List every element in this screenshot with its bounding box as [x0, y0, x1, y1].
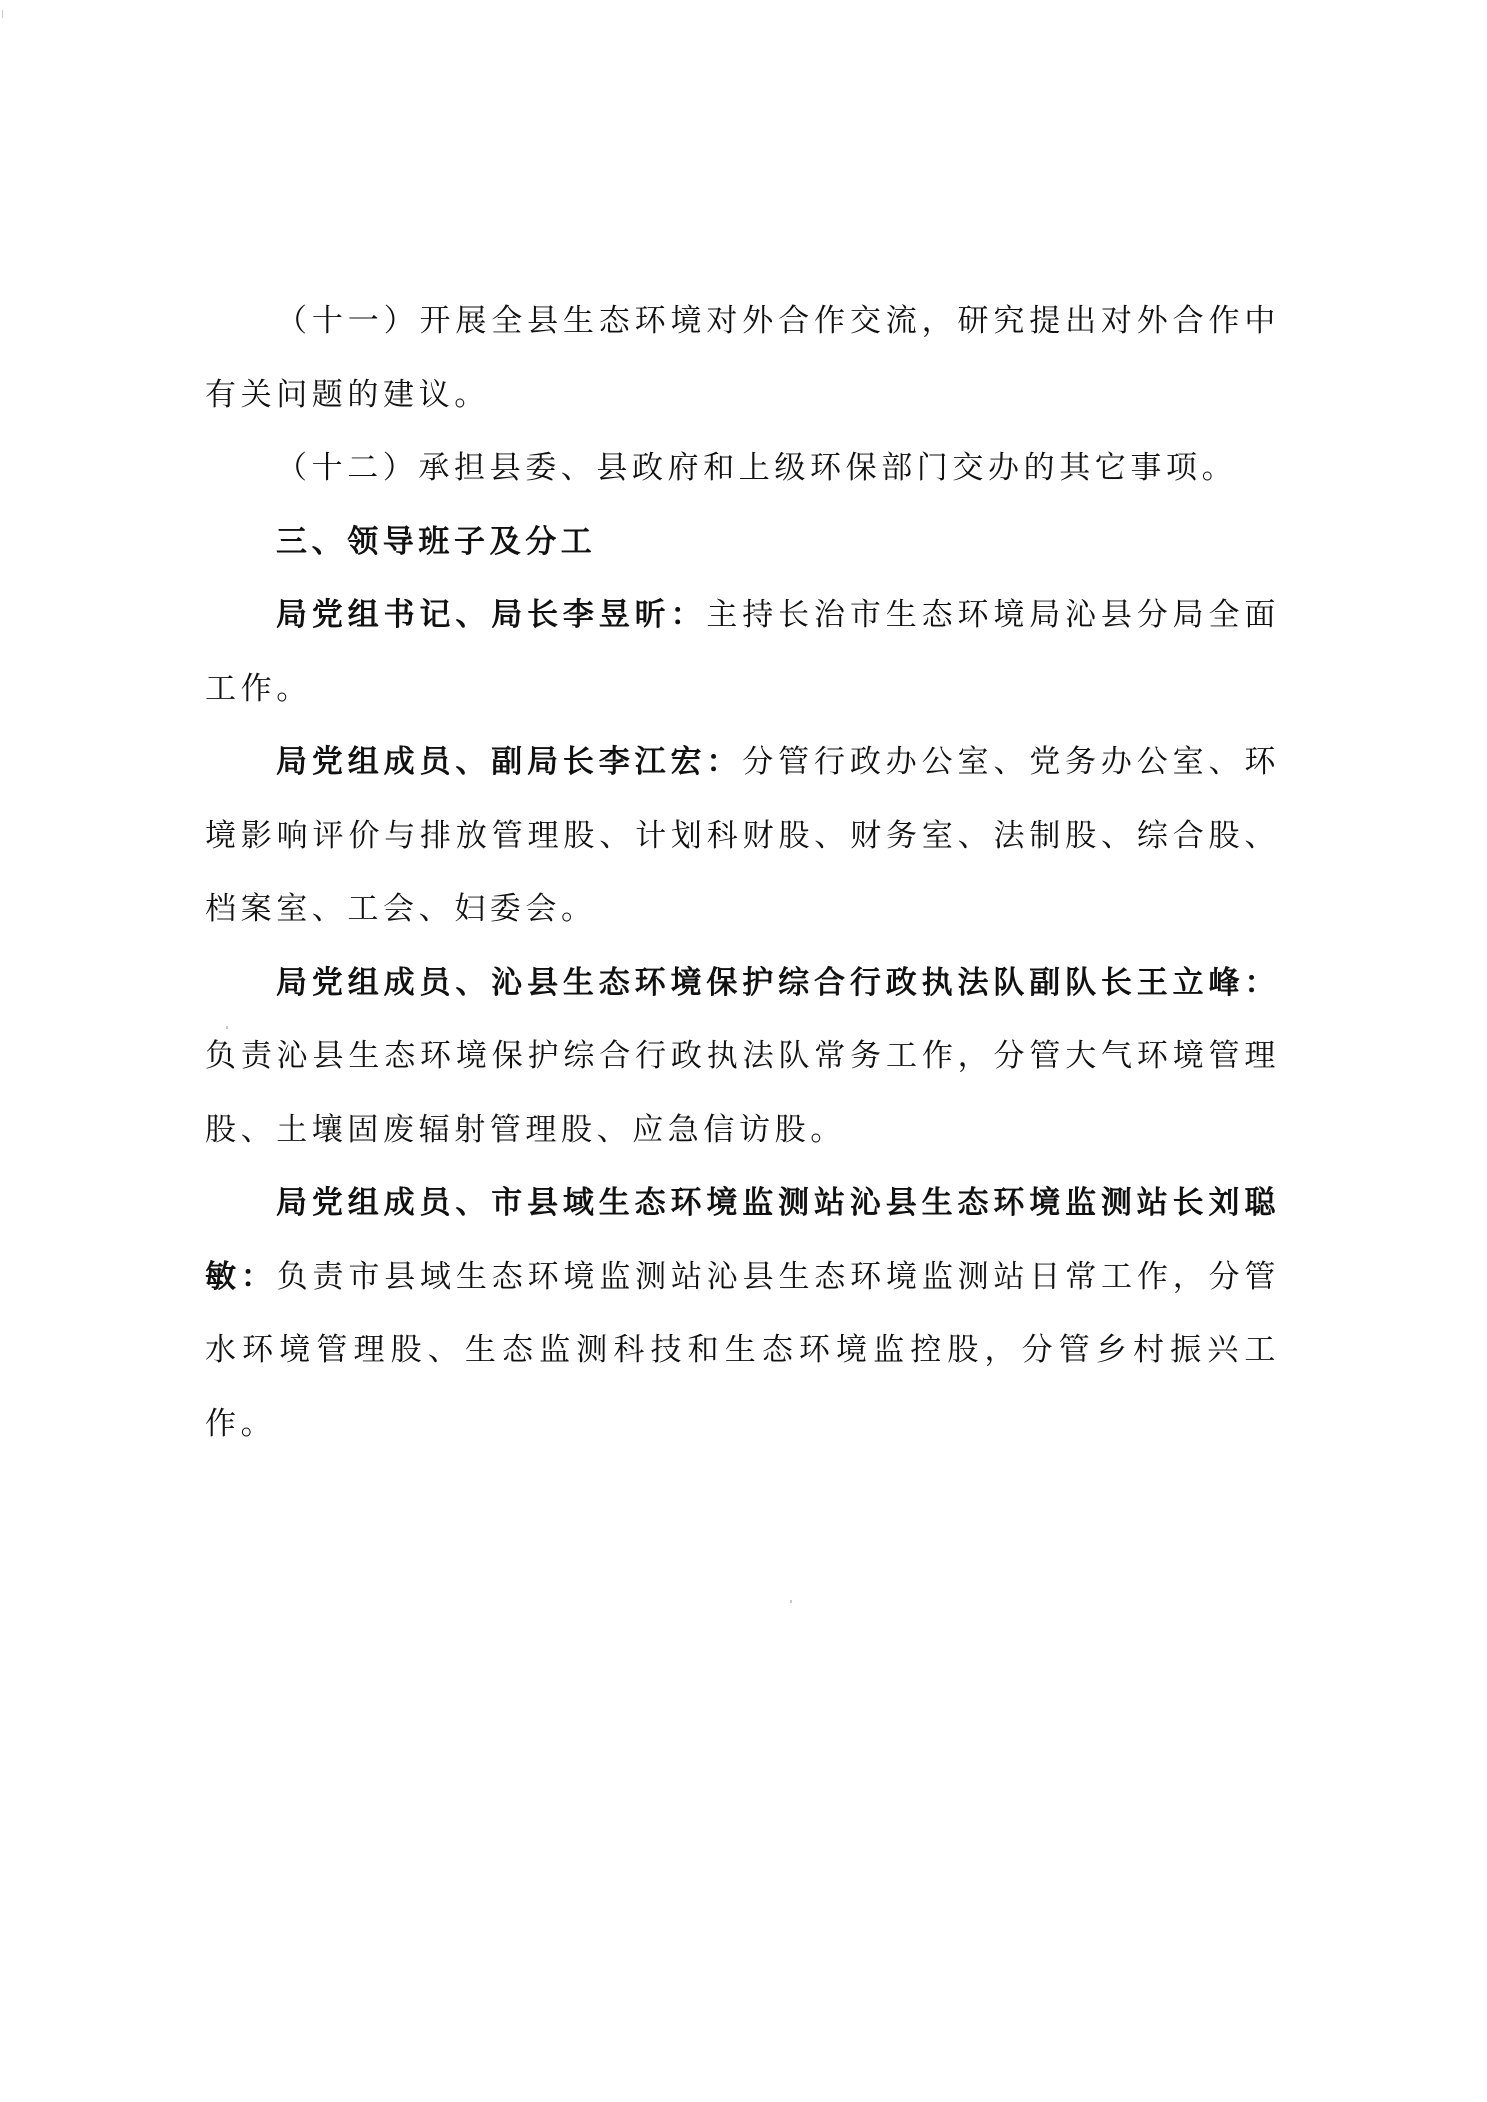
scan-speck — [2, 10, 3, 18]
leader-entry-4: 局党组成员、市县域生态环境监测站沁县生态环境监测站长刘聪敏：负责市县域生态环境监… — [205, 1167, 1280, 1461]
leader-duties: 负责沁县生态环境保护综合行政执法队常务工作，分管大气环境管理股、土壤固废辐射管理… — [205, 1038, 1280, 1148]
document-body: （十一）开展全县生态环境对外合作交流，研究提出对外合作中有关问题的建议。 （十二… — [205, 285, 1280, 1461]
leader-title-name: 局党组成员、沁县生态环境保护综合行政执法队副队长王立峰： — [276, 965, 1280, 1001]
paragraph-item-11: （十一）开展全县生态环境对外合作交流，研究提出对外合作中有关问题的建议。 — [205, 285, 1280, 432]
section-heading: 三、领导班子及分工 — [205, 506, 1280, 580]
leader-entry-2: 局党组成员、副局长李江宏：分管行政办公室、党务办公室、环境影响评价与排放管理股、… — [205, 726, 1280, 947]
paragraph-text: （十一）开展全县生态环境对外合作交流，研究提出对外合作中有关问题的建议。 — [205, 303, 1280, 413]
leader-title-name: 局党组书记、局长李昱昕： — [276, 597, 706, 633]
leader-duties: 负责市县域生态环境监测站沁县生态环境监测站日常工作，分管水环境管理股、生态监测科… — [205, 1259, 1280, 1442]
scan-speck — [226, 1026, 228, 1029]
paragraph-text: （十二）承担县委、县政府和上级环保部门交办的其它事项。 — [276, 450, 1237, 486]
document-page: （十一）开展全县生态环境对外合作交流，研究提出对外合作中有关问题的建议。 （十二… — [0, 0, 1487, 2102]
leader-title-name: 局党组成员、副局长李江宏： — [276, 744, 742, 780]
leader-entry-1: 局党组书记、局长李昱昕：主持长治市生态环境局沁县分局全面工作。 — [205, 579, 1280, 726]
scan-speck — [790, 1600, 792, 1603]
paragraph-item-12: （十二）承担县委、县政府和上级环保部门交办的其它事项。 — [205, 432, 1280, 506]
leader-entry-3: 局党组成员、沁县生态环境保护综合行政执法队副队长王立峰：负责沁县生态环境保护综合… — [205, 947, 1280, 1168]
